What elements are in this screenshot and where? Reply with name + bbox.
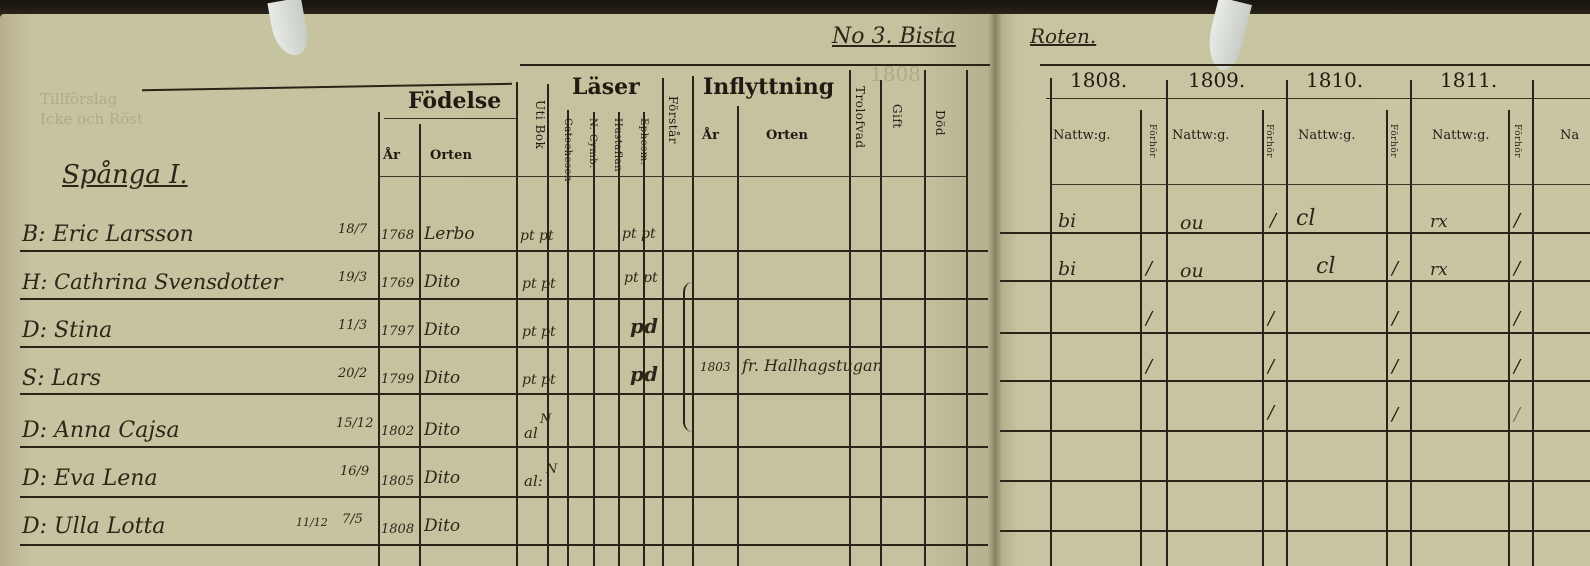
reading-uti-bok: pt pt [522, 324, 556, 340]
nattvard-1810: cl [1296, 206, 1315, 231]
column-header-forstar: Förstår [666, 96, 680, 144]
bleed-through-text: Tillförslag [40, 90, 117, 108]
forhor-1808: / [1146, 356, 1152, 377]
birth-place: Dito [424, 272, 460, 292]
forhor-1808: / [1146, 308, 1152, 329]
book-gutter [988, 14, 1002, 566]
grid-line [1166, 80, 1168, 566]
birth-day: 16/9 [340, 464, 369, 479]
reading-ephesm: pd [630, 314, 658, 338]
person-name: B: Eric Larsson [22, 222, 194, 247]
row-line [20, 446, 988, 448]
grid-line [1262, 110, 1264, 566]
grid-line [1140, 110, 1142, 566]
birth-year: 1808 [381, 522, 414, 537]
row-line [1000, 232, 1590, 234]
forhor-1809: / [1268, 402, 1274, 423]
reading-uti-bok: al: [524, 472, 543, 490]
grid-line [1410, 80, 1412, 566]
header-section-number: No 3. Bista [832, 24, 956, 49]
forhor-1810: / [1392, 404, 1398, 425]
column-header-birth-place: Orten [430, 148, 472, 163]
person-name: D: Eva Lena [22, 466, 158, 491]
nattvard-1808: bi [1058, 210, 1076, 232]
birth-place: Dito [424, 368, 460, 388]
forhor-header-1811: Förhör [1512, 124, 1522, 158]
birth-year: 1802 [381, 424, 414, 439]
nattvard-header-1810: Nattw:g. [1298, 128, 1356, 143]
birth-place: Lerbo [424, 224, 475, 244]
reading-catechesen: N [546, 462, 557, 477]
row-line [1000, 530, 1590, 532]
reading-uti-bok: al [524, 424, 538, 442]
birth-day: 15/12 [336, 416, 373, 431]
reading-uti-bok: pt pt [520, 228, 554, 244]
moved-in-year: 1803 [700, 360, 731, 374]
birth-year: 1799 [381, 372, 414, 387]
grid-line [924, 70, 926, 566]
nattvard-1808: bi [1058, 258, 1076, 280]
header-rule [1040, 64, 1590, 66]
forhor-1811: / [1514, 210, 1520, 231]
forhor-1810: / [1392, 308, 1398, 329]
row-line [1000, 280, 1590, 282]
reading-ephesm: pt pt [622, 226, 656, 242]
birth-place: Dito [424, 468, 460, 488]
reading-uti-bok: pt pt [522, 276, 556, 292]
header-roten: Roten. [1030, 24, 1096, 48]
row-line [20, 496, 988, 498]
column-header-birth-year: År [383, 148, 400, 163]
column-group-inflyttning: Inflyttning [703, 74, 834, 100]
nattvard-1811: rx [1430, 212, 1448, 232]
forhor-1811: / [1514, 356, 1520, 377]
grid-line [516, 82, 518, 566]
forhor-1811: / [1514, 258, 1520, 279]
year-1810: 1810. [1306, 68, 1363, 92]
row-line [20, 250, 988, 252]
village-name: Spånga I. [62, 160, 188, 190]
birth-place: Dito [424, 420, 460, 440]
row-line [20, 544, 988, 546]
nattvard-header-1808: Nattw:g. [1053, 128, 1111, 143]
header-bottom-rule [1050, 184, 1590, 185]
header-rule [384, 118, 516, 119]
grid-line [419, 124, 421, 566]
bleed-through-text: Icke och Röst [40, 110, 143, 128]
bracket-mark [683, 282, 693, 432]
nattvard-1810: cl [1316, 254, 1335, 279]
forhor-1810: / [1392, 356, 1398, 377]
forhor-1809: / [1270, 210, 1276, 231]
row-line [1000, 380, 1590, 382]
grid-line [1050, 78, 1052, 566]
column-header-uti-bok: Uti Bok [533, 100, 547, 149]
row-line [1000, 480, 1590, 482]
birth-day: 19/3 [338, 270, 367, 285]
year-rule [1046, 98, 1590, 99]
forhor-1810: / [1392, 258, 1398, 279]
forhor-header-1809: Förhör [1264, 124, 1274, 158]
reading-ephesm: pt pt [624, 270, 658, 286]
birth-place: Dito [424, 516, 460, 536]
forhor-1811: / [1514, 404, 1520, 425]
person-name: D: Anna Cajsa [22, 418, 180, 443]
forhor-1808: / [1146, 258, 1152, 279]
reading-uti-bok: pt pt [522, 372, 556, 388]
nattvard-1809: ou [1180, 212, 1204, 234]
column-header-in-year: År [702, 128, 719, 143]
birth-year: 1769 [381, 276, 414, 291]
birth-day: 7/5 [342, 512, 363, 527]
row-line [20, 346, 988, 348]
row-line [1000, 430, 1590, 432]
nattvard-header-1809: Nattw:g. [1172, 128, 1230, 143]
moved-in-place: fr. Hallhagstugan [742, 356, 883, 375]
grid-line [662, 78, 664, 566]
reading-ephesm: pd [630, 362, 658, 386]
right-page [995, 14, 1590, 566]
birth-year: 1768 [381, 228, 414, 243]
year-1811: 1811. [1440, 68, 1497, 92]
row-line [20, 393, 988, 395]
forhor-1811: / [1514, 308, 1520, 329]
column-group-fodelse: Födelse [408, 88, 501, 114]
row-line [20, 298, 988, 300]
person-note: 11/12 [296, 516, 328, 529]
birth-day: 11/3 [338, 318, 367, 333]
nattvard-1809: ou [1180, 260, 1204, 282]
grid-line [1508, 110, 1510, 566]
year-1809: 1809. [1188, 68, 1245, 92]
grid-line [849, 70, 851, 566]
grid-line [966, 70, 968, 566]
nattvard-1811: rx [1430, 260, 1448, 280]
person-name: S: Lars [22, 366, 101, 391]
register-book: Tillförslag Icke och Röst 1808 No 3. Bis… [0, 0, 1590, 566]
birth-year: 1805 [381, 474, 414, 489]
nattvard-header-next: Na [1560, 128, 1579, 143]
person-name: D: Ulla Lotta [22, 514, 165, 539]
birth-day: 18/7 [338, 222, 367, 237]
birth-place: Dito [424, 320, 460, 340]
header-bottom-rule [378, 176, 966, 177]
forhor-1809: / [1268, 308, 1274, 329]
forhor-header-1810: Förhör [1388, 124, 1398, 158]
grid-line [1386, 110, 1388, 566]
column-header-in-place: Orten [766, 128, 808, 143]
column-header-gift: Gift [890, 104, 904, 129]
column-group-laser: Läser [572, 74, 640, 100]
person-name: D: Stina [22, 318, 112, 343]
column-header-trolofvad: Trolofvad [853, 86, 867, 149]
grid-line [880, 80, 882, 566]
row-line [1000, 332, 1590, 334]
birth-year: 1797 [381, 324, 414, 339]
grid-line [1532, 80, 1534, 566]
header-rule [520, 64, 990, 66]
reading-catechesen: N [540, 412, 551, 427]
forhor-1809: / [1268, 356, 1274, 377]
grid-line [1286, 80, 1288, 566]
birth-day: 20/2 [338, 366, 367, 381]
column-header-dod: Död [933, 110, 947, 136]
nattvard-header-1811: Nattw:g. [1432, 128, 1490, 143]
forhor-header-1808: Förhör [1147, 124, 1157, 158]
person-name: H: Cathrina Svensdotter [22, 270, 283, 294]
year-1808: 1808. [1070, 68, 1127, 92]
